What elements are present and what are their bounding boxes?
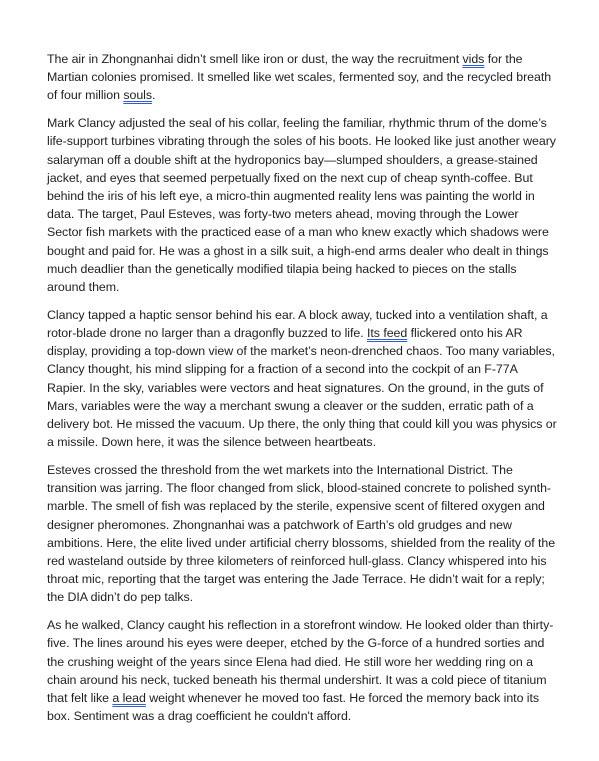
paragraph-5[interactable]: As he walked, Clancy caught his reflecti… xyxy=(47,616,557,725)
grammar-flag-vids[interactable]: vids xyxy=(462,52,484,66)
text-run: . xyxy=(152,88,155,102)
paragraph-3[interactable]: Clancy tapped a haptic sensor behind his… xyxy=(47,306,557,452)
paragraph-4[interactable]: Esteves crossed the threshold from the w… xyxy=(47,461,557,607)
paragraph-1[interactable]: The air in Zhongnanhai didn’t smell like… xyxy=(47,50,557,105)
grammar-flag-souls[interactable]: souls xyxy=(123,88,152,102)
paragraph-2[interactable]: Mark Clancy adjusted the seal of his col… xyxy=(47,114,557,296)
grammar-flag-its-feed[interactable]: Its feed xyxy=(367,326,407,340)
text-run: The air in Zhongnanhai didn’t smell like… xyxy=(47,52,462,66)
text-run: Mark Clancy adjusted the seal of his col… xyxy=(47,116,556,294)
text-run: flickered onto his AR display, providing… xyxy=(47,326,557,449)
document-page[interactable]: The air in Zhongnanhai didn’t smell like… xyxy=(47,50,557,735)
grammar-flag-a-lead[interactable]: a lead xyxy=(112,691,145,705)
text-run: Esteves crossed the threshold from the w… xyxy=(47,463,555,604)
